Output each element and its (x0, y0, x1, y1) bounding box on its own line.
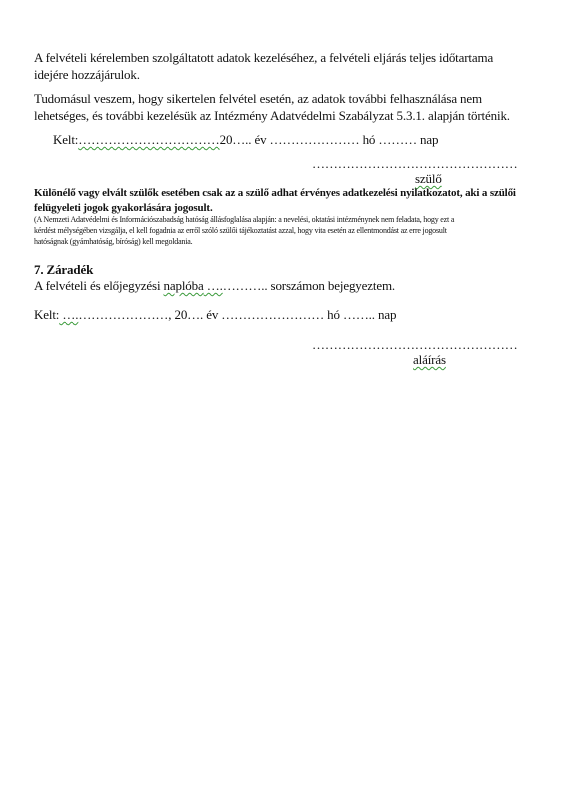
kelt-label-2: Kelt: (34, 307, 59, 322)
notice-bold-line-1: Különélő vagy elvált szülők esetében csa… (34, 186, 516, 201)
register-blank[interactable]: …. (204, 278, 223, 293)
consent-paragraph-1-line-1: A felvételi kérelemben szolgáltatott ada… (34, 49, 493, 66)
parent-signature-label: szülő (415, 170, 442, 187)
document-page: A felvételi kérelemben szolgáltatott ada… (0, 0, 567, 786)
consent-paragraph-2-line-2: lehetséges, és további kezelésük az Inté… (34, 107, 510, 124)
date-line-2: Kelt: ….…………………, 20…. év …………………… hó …….… (34, 306, 396, 323)
signature-label-2: aláírás (413, 351, 446, 368)
kelt-place-blank[interactable]: …………………………… (78, 132, 219, 147)
date-line-1: Kelt:……………………………20….. év ………………… hó ……… … (53, 131, 438, 148)
consent-paragraph-2-line-1: Tudomásul veszem, hogy sikertelen felvét… (34, 90, 482, 107)
register-suffix: ……….. sorszámon bejegyeztem. (223, 278, 395, 293)
kelt-place-blank-2[interactable]: …. (59, 307, 78, 322)
register-prefix: A felvételi és előjegyzési (34, 278, 164, 293)
register-word: naplóba (164, 278, 204, 293)
notice-small-line-1: (A Nemzeti Adatvédelmi és Információszab… (34, 215, 454, 226)
notice-small-line-3: hatóságnak (gyámhatóság, bíróság) kell m… (34, 237, 192, 248)
date-fields: 20….. év ………………… hó ……… nap (220, 132, 439, 147)
closing-heading: 7. Záradék (34, 261, 93, 278)
register-line: A felvételi és előjegyzési naplóba ….………… (34, 277, 395, 294)
consent-paragraph-1-line-2: idejére hozzájárulok. (34, 66, 140, 83)
notice-bold-line-2: felügyeleti jogok gyakorlására jogosult. (34, 201, 213, 216)
date-fields-2: …………………, 20…. év …………………… hó …….. nap (78, 307, 396, 322)
notice-small-line-2: kérdést mélységében vizsgálja, el kell f… (34, 226, 447, 237)
kelt-label: Kelt: (53, 132, 78, 147)
